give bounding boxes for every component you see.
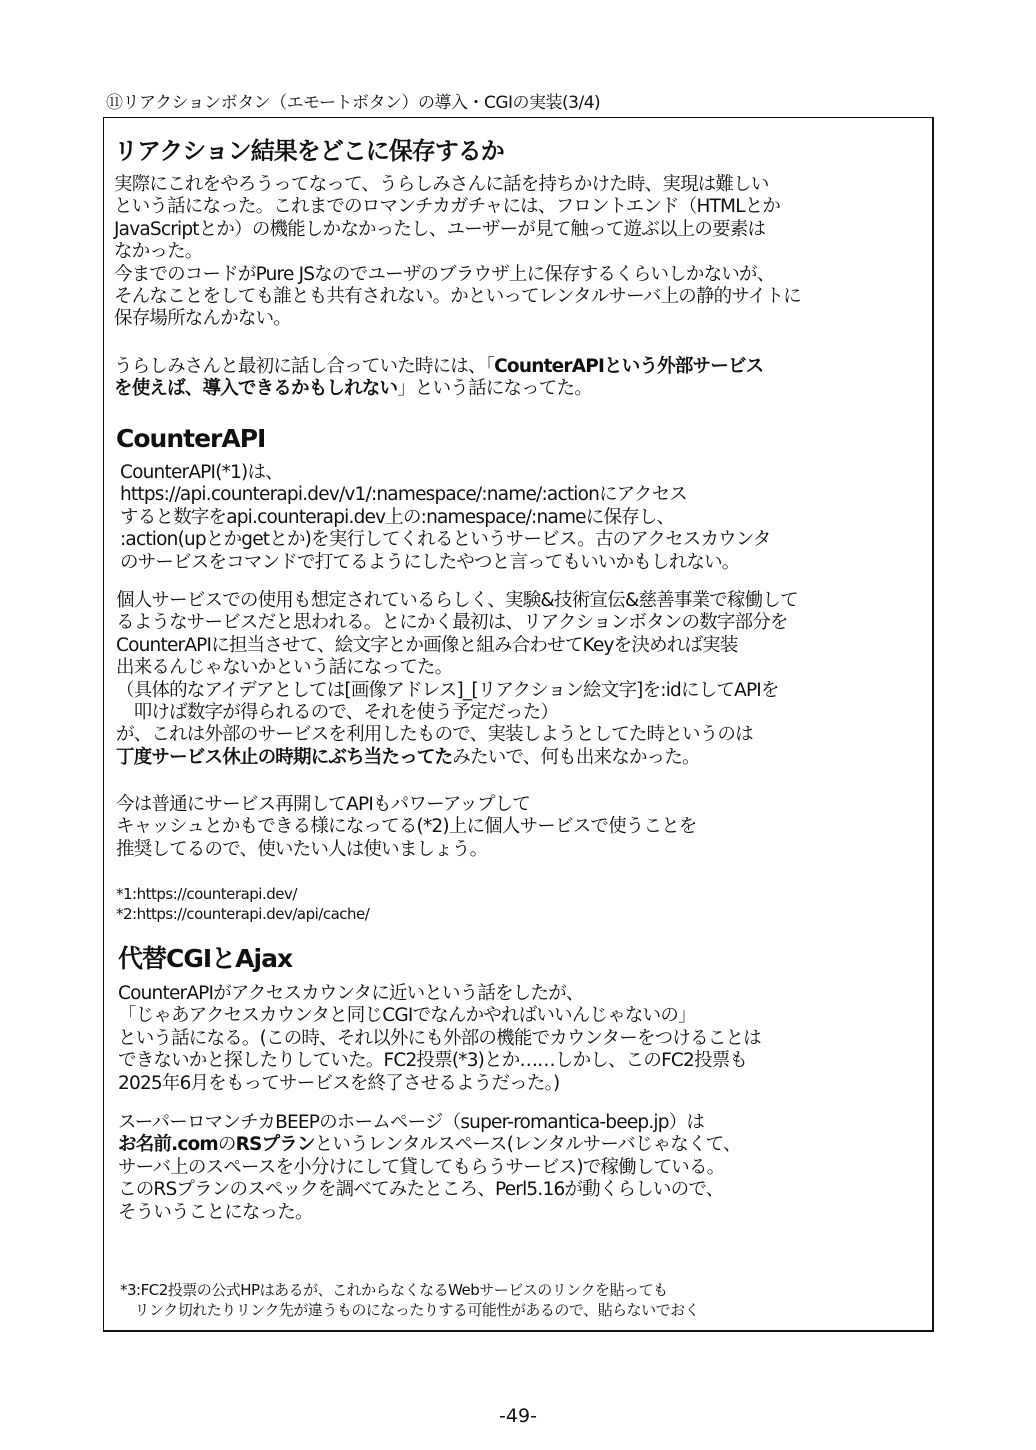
text-line: を使えば、導入できるかもしれない」という話になってた。 bbox=[114, 378, 763, 400]
text-line: できないかと探したりしていた。FC2投票(*3)とか……しかし、このFC2投票も bbox=[118, 1050, 761, 1072]
counterapi-paragraph-2: 個人サービスでの使用も想定されているらしく、実験&技術宣伝&慈善事業で稼働して … bbox=[116, 590, 798, 769]
counterapi-paragraph-3: 今は普通にサービス再開してAPIもパワーアップして キャッシュとかもできる様にな… bbox=[116, 794, 697, 861]
bold-text: RSプラン bbox=[236, 1134, 315, 1155]
footnote-3: *3:FC2投票の公式HPはあるが、これからなくなるWebサービスのリンクを貼っ… bbox=[120, 1280, 699, 1300]
text-line: CounterAPIがアクセスカウンタに近いという話をしたが、 bbox=[118, 983, 761, 1005]
text-line: サーバ上のスペースを小分けにして貸してもらうサービス)で稼働している。 bbox=[118, 1157, 741, 1179]
text-line: 出来るんじゃないかという話になってた。 bbox=[116, 657, 798, 679]
text-line: 実際にこれをやろうってなって、うらしみさんに話を持ちかけた時、実現は難しい bbox=[114, 174, 801, 196]
storage-paragraph-2: うらしみさんと最初に話し合っていた時には、「CounterAPIという外部サービ… bbox=[114, 356, 763, 401]
text-line: JavaScriptとか）の機能しかなかったし、ユーザーが見て触って遊ぶ以上の要… bbox=[114, 219, 801, 241]
text-line: 今は普通にサービス再開してAPIもパワーアップして bbox=[116, 794, 697, 816]
section-heading-cgi: 代替CGIとAjax bbox=[118, 944, 292, 974]
counterapi-footnotes: *1:https://counterapi.dev/ *2:https://co… bbox=[116, 884, 369, 924]
page-header-title: ⑪リアクションボタン（エモートボタン）の導入・CGIの実装(3/4) bbox=[106, 92, 600, 114]
text-line: という話になる。(この時、それ以外にも外部の機能でカウンターをつけることは bbox=[118, 1028, 761, 1050]
bold-text: お名前.com bbox=[118, 1134, 218, 1155]
text-line: https://api.counterapi.dev/v1/:namespace… bbox=[120, 484, 771, 506]
text-line: 今までのコードがPure JSなのでユーザのブラウザ上に保存するくらいしかないが… bbox=[114, 264, 801, 286]
text-line: 丁度サービス休止の時期にぶち当たってたみたいで、何も出来なかった。 bbox=[116, 747, 798, 769]
text-line: 個人サービスでの使用も想定されているらしく、実験&技術宣伝&慈善事業で稼働して bbox=[116, 590, 798, 612]
text-line: そういうことになった。 bbox=[118, 1202, 741, 1224]
text-line: 叩けば数字が得られるので、それを使う予定だった） bbox=[116, 702, 798, 724]
section-heading-storage: リアクション結果をどこに保存するか bbox=[114, 136, 504, 166]
text-line: （具体的なアイデアとしては[画像アドレス]_[リアクション絵文字]を:idにして… bbox=[116, 680, 798, 702]
text-line: キャッシュとかもできる様になってる(*2)上に個人サービスで使うことを bbox=[116, 816, 697, 838]
plain-text: というレンタルスペース(レンタルサーバじゃなくて、 bbox=[315, 1134, 741, 1155]
text-line: CounterAPIに担当させて、絵文字とか画像と組み合わせてKeyを決めれば実… bbox=[116, 635, 798, 657]
text-line: が、これは外部のサービスを利用したもので、実装しようとしてた時というのは bbox=[116, 724, 798, 746]
cgi-paragraph-2: スーパーロマンチカBEEPのホームページ（super-romantica-bee… bbox=[118, 1112, 741, 1224]
text-line: 「じゃあアクセスカウンタと同じCGIでなんかやればいいんじゃないの」 bbox=[118, 1005, 761, 1027]
cgi-footnotes: *3:FC2投票の公式HPはあるが、これからなくなるWebサービスのリンクを貼っ… bbox=[120, 1280, 699, 1320]
bold-text: CounterAPIという外部サービス bbox=[494, 356, 763, 377]
text-line: 保存場所なんかない。 bbox=[114, 308, 801, 330]
text-line: このRSプランのスペックを調べてみたところ、Perl5.16が動くらしいので、 bbox=[118, 1179, 741, 1201]
text-line: CounterAPI(*1)は、 bbox=[120, 462, 771, 484]
text-line: るようなサービスだと思われる。とにかく最初は、リアクションボタンの数字部分を bbox=[116, 612, 798, 634]
bold-text: を使えば、導入できるかもしれない bbox=[114, 378, 397, 399]
plain-text: うらしみさんと最初に話し合っていた時には、「 bbox=[114, 356, 494, 377]
text-line: そんなことをしても誰とも共有されない。かといってレンタルサーバ上の静的サイトに bbox=[114, 286, 801, 308]
cgi-paragraph-1: CounterAPIがアクセスカウンタに近いという話をしたが、 「じゃあアクセス… bbox=[118, 983, 761, 1095]
counterapi-paragraph-1: CounterAPI(*1)は、 https://api.counterapi.… bbox=[120, 462, 771, 574]
plain-text: みたいで、何も出来なかった。 bbox=[452, 747, 699, 768]
text-line: なかった。 bbox=[114, 241, 801, 263]
text-line: という話になった。これまでのロマンチカガチャには、フロントエンド（HTMLとか bbox=[114, 196, 801, 218]
text-line: :action(upとかgetとか)を実行してくれるというサービス。古のアクセス… bbox=[120, 529, 771, 551]
text-line: うらしみさんと最初に話し合っていた時には、「CounterAPIという外部サービ… bbox=[114, 356, 763, 378]
text-line: 推奨してるので、使いたい人は使いましょう。 bbox=[116, 839, 697, 861]
plain-text: の bbox=[218, 1134, 236, 1155]
text-line: お名前.comのRSプランというレンタルスペース(レンタルサーバじゃなくて、 bbox=[118, 1134, 741, 1156]
text-line: すると数字をapi.counterapi.dev上の:namespace/:na… bbox=[120, 507, 771, 529]
text-line: 2025年6月をもってサービスを終了させるようだった。) bbox=[118, 1073, 761, 1095]
storage-paragraph-1: 実際にこれをやろうってなって、うらしみさんに話を持ちかけた時、実現は難しい とい… bbox=[114, 174, 801, 331]
footnote-2: *2:https://counterapi.dev/api/cache/ bbox=[116, 904, 369, 924]
footnote-3-continued: リンク切れたりリンク先が違うものになったりする可能性があるので、貼らないでおく bbox=[120, 1300, 699, 1320]
footnote-1: *1:https://counterapi.dev/ bbox=[116, 884, 369, 904]
section-heading-counterapi: CounterAPI bbox=[116, 424, 265, 454]
page-number: -49- bbox=[0, 1404, 1036, 1428]
text-line: スーパーロマンチカBEEPのホームページ（super-romantica-bee… bbox=[118, 1112, 741, 1134]
bold-text: 丁度サービス休止の時期にぶち当たってた bbox=[116, 747, 452, 768]
plain-text: 」という話になってた。 bbox=[397, 378, 592, 399]
text-line: のサービスをコマンドで打てるようにしたやつと言ってもいいかもしれない。 bbox=[120, 552, 771, 574]
